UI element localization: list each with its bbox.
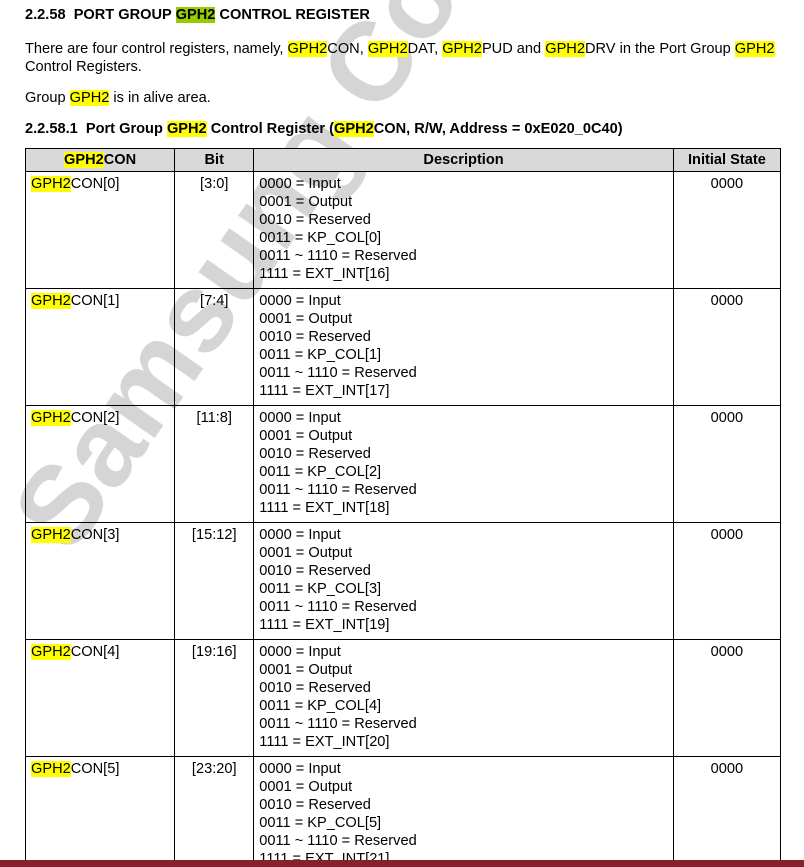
search-highlight: GPH2 bbox=[31, 176, 71, 192]
description-line: 0001 = Output bbox=[259, 544, 668, 562]
initial-state: 0000 bbox=[673, 757, 780, 867]
description-line: 0011 = KP_COL[1] bbox=[259, 346, 668, 364]
page-footer-bar bbox=[0, 860, 804, 867]
description-line: 0000 = Input bbox=[259, 292, 668, 310]
search-highlight: GPH2 bbox=[288, 41, 328, 57]
description-line: 0011 ~ 1110 = Reserved bbox=[259, 832, 668, 850]
description-line: 0011 = KP_COL[3] bbox=[259, 580, 668, 598]
header-initial-state: Initial State bbox=[673, 149, 780, 172]
table-row: GPH2CON[5][23:20]0000 = Input0001 = Outp… bbox=[26, 757, 781, 867]
section-title: 2.2.58 PORT GROUP GPH2 CONTROL REGISTER bbox=[25, 7, 370, 23]
register-name: GPH2CON[3] bbox=[26, 523, 175, 640]
register-name: GPH2CON[1] bbox=[26, 289, 175, 406]
description-line: 1111 = EXT_INT[17] bbox=[259, 382, 668, 400]
description: 0000 = Input0001 = Output0010 = Reserved… bbox=[254, 289, 674, 406]
description-line: 0001 = Output bbox=[259, 310, 668, 328]
bit-range: [7:4] bbox=[175, 289, 254, 406]
description: 0000 = Input0001 = Output0010 = Reserved… bbox=[254, 406, 674, 523]
description-line: 0000 = Input bbox=[259, 760, 668, 778]
description-line: 0000 = Input bbox=[259, 409, 668, 427]
description-line: 0010 = Reserved bbox=[259, 796, 668, 814]
search-highlight: GPH2 bbox=[70, 90, 110, 106]
description: 0000 = Input0001 = Output0010 = Reserved… bbox=[254, 523, 674, 640]
initial-state: 0000 bbox=[673, 523, 780, 640]
description-line: 0010 = Reserved bbox=[259, 211, 668, 229]
description-line: 0010 = Reserved bbox=[259, 562, 668, 580]
description: 0000 = Input0001 = Output0010 = Reserved… bbox=[254, 757, 674, 867]
register-name: GPH2CON[5] bbox=[26, 757, 175, 867]
description-line: 0000 = Input bbox=[259, 175, 668, 193]
initial-state: 0000 bbox=[673, 289, 780, 406]
table-row: GPH2CON[0][3:0]0000 = Input0001 = Output… bbox=[26, 172, 781, 289]
description-line: 0001 = Output bbox=[259, 778, 668, 796]
search-highlight: GPH2 bbox=[176, 7, 216, 23]
description: 0000 = Input0001 = Output0010 = Reserved… bbox=[254, 172, 674, 289]
description-line: 1111 = EXT_INT[16] bbox=[259, 265, 668, 283]
description-line: 0011 = KP_COL[5] bbox=[259, 814, 668, 832]
search-highlight: GPH2 bbox=[735, 41, 775, 57]
table-row: GPH2CON[2][11:8]0000 = Input0001 = Outpu… bbox=[26, 406, 781, 523]
search-highlight: GPH2 bbox=[368, 41, 408, 57]
description-line: 0001 = Output bbox=[259, 427, 668, 445]
search-highlight: GPH2 bbox=[167, 121, 207, 137]
table-row: GPH2CON[4][19:16]0000 = Input0001 = Outp… bbox=[26, 640, 781, 757]
bit-range: [23:20] bbox=[175, 757, 254, 867]
initial-state: 0000 bbox=[673, 406, 780, 523]
description-line: 0010 = Reserved bbox=[259, 328, 668, 346]
description-line: 0011 ~ 1110 = Reserved bbox=[259, 247, 668, 265]
table-header-row: GPH2CON Bit Description Initial State bbox=[26, 149, 781, 172]
register-name: GPH2CON[2] bbox=[26, 406, 175, 523]
intro-paragraph: There are four control registers, namely… bbox=[25, 40, 785, 76]
initial-state: 0000 bbox=[673, 172, 780, 289]
search-highlight: GPH2 bbox=[31, 644, 71, 660]
description-line: 0011 = KP_COL[0] bbox=[259, 229, 668, 247]
table-row: GPH2CON[1][7:4]0000 = Input0001 = Output… bbox=[26, 289, 781, 406]
description-line: 1111 = EXT_INT[20] bbox=[259, 733, 668, 751]
bit-range: [11:8] bbox=[175, 406, 254, 523]
search-highlight: GPH2 bbox=[31, 293, 71, 309]
description-line: 0000 = Input bbox=[259, 643, 668, 661]
table-row: GPH2CON[3][15:12]0000 = Input0001 = Outp… bbox=[26, 523, 781, 640]
subsection-title: 2.2.58.1 Port Group GPH2 Control Registe… bbox=[25, 121, 623, 137]
search-highlight: GPH2 bbox=[31, 761, 71, 777]
register-table: GPH2CON Bit Description Initial State GP… bbox=[25, 148, 781, 867]
alive-area-note: Group GPH2 is in alive area. bbox=[25, 90, 211, 106]
register-name: GPH2CON[0] bbox=[26, 172, 175, 289]
search-highlight: GPH2 bbox=[334, 121, 374, 137]
bit-range: [15:12] bbox=[175, 523, 254, 640]
description-line: 0011 ~ 1110 = Reserved bbox=[259, 364, 668, 382]
header-bit: Bit bbox=[175, 149, 254, 172]
header-description: Description bbox=[254, 149, 674, 172]
description-line: 0010 = Reserved bbox=[259, 445, 668, 463]
bit-range: [19:16] bbox=[175, 640, 254, 757]
register-name: GPH2CON[4] bbox=[26, 640, 175, 757]
description-line: 0000 = Input bbox=[259, 526, 668, 544]
search-highlight: GPH2 bbox=[442, 41, 482, 57]
initial-state: 0000 bbox=[673, 640, 780, 757]
description: 0000 = Input0001 = Output0010 = Reserved… bbox=[254, 640, 674, 757]
search-highlight: GPH2 bbox=[31, 410, 71, 426]
description-line: 0010 = Reserved bbox=[259, 679, 668, 697]
description-line: 0011 ~ 1110 = Reserved bbox=[259, 481, 668, 499]
description-line: 0001 = Output bbox=[259, 193, 668, 211]
bit-range: [3:0] bbox=[175, 172, 254, 289]
description-line: 0011 = KP_COL[4] bbox=[259, 697, 668, 715]
description-line: 0011 ~ 1110 = Reserved bbox=[259, 598, 668, 616]
description-line: 0011 ~ 1110 = Reserved bbox=[259, 715, 668, 733]
search-highlight: GPH2 bbox=[545, 41, 585, 57]
description-line: 0011 = KP_COL[2] bbox=[259, 463, 668, 481]
section-number: 2.2.58 bbox=[25, 7, 66, 23]
search-highlight: GPH2 bbox=[31, 527, 71, 543]
description-line: 1111 = EXT_INT[18] bbox=[259, 499, 668, 517]
header-name: GPH2CON bbox=[26, 149, 175, 172]
description-line: 1111 = EXT_INT[19] bbox=[259, 616, 668, 634]
description-line: 0001 = Output bbox=[259, 661, 668, 679]
